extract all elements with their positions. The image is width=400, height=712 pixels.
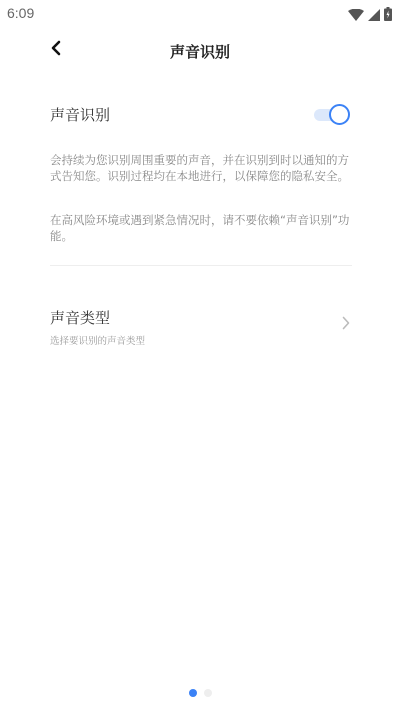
- toggle-thumb: [329, 104, 350, 125]
- description-paragraph-1: 会持续为您识别周围重要的声音，并在识别到时以通知的方式告知您。识别过程均在本地进…: [50, 152, 352, 184]
- status-time: 6:09: [7, 5, 34, 21]
- signal-icon: [368, 6, 380, 25]
- sound-types-title: 声音类型: [50, 307, 352, 328]
- page-dot-inactive[interactable]: [204, 689, 212, 697]
- chevron-right-icon: [342, 315, 350, 334]
- divider: [50, 265, 352, 266]
- battery-charging-icon: [384, 6, 392, 25]
- status-icons: [348, 6, 392, 25]
- sound-types-subtitle: 选择要识别的声音类型: [50, 333, 352, 347]
- wifi-icon: [348, 6, 364, 25]
- description-paragraph-2: 在高风险环境或遇到紧急情况时，请不要依赖“声音识别”功能。: [50, 212, 352, 244]
- page-indicator: [0, 689, 400, 697]
- status-bar: 6:09: [0, 0, 400, 28]
- sound-recognition-row[interactable]: 声音识别: [50, 104, 352, 128]
- page-dot-active[interactable]: [189, 689, 197, 697]
- page-title: 声音识别: [0, 41, 400, 62]
- sound-recognition-toggle[interactable]: [312, 104, 350, 126]
- sound-types-row[interactable]: 声音类型 选择要识别的声音类型: [50, 307, 352, 347]
- sound-recognition-label: 声音识别: [50, 106, 110, 124]
- app-bar: 声音识别: [0, 30, 400, 70]
